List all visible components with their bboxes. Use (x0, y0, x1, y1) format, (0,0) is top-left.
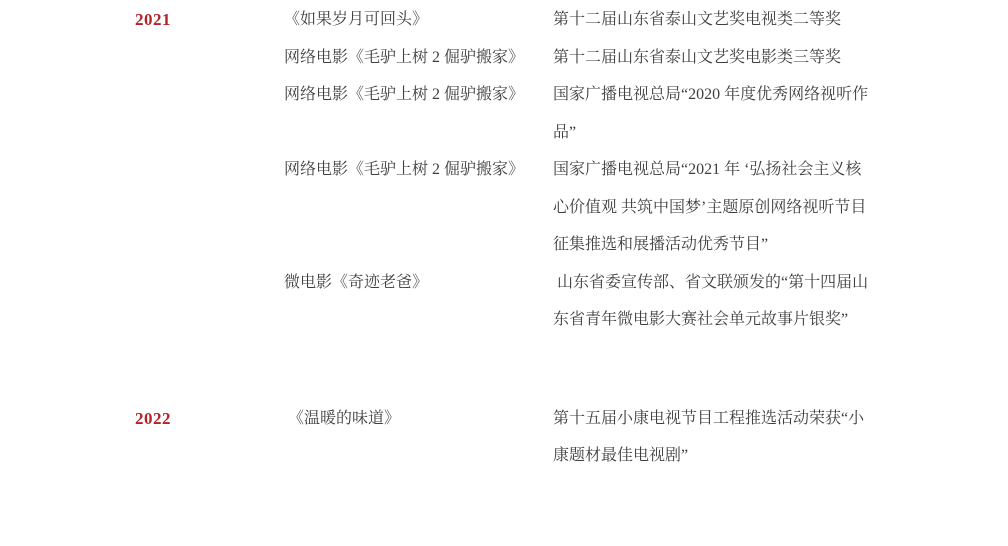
award-text: 第十二届山东省泰山文艺奖电影类三等奖 (553, 39, 998, 77)
award-entry: 网络电影《毛驴上树 2 倔驴搬家》 第十二届山东省泰山文艺奖电影类三等奖 (284, 39, 1008, 77)
year-group-2022: 2022 《温暖的味道》 第十五届小康电视节目工程推选活动荣获“小 康题材最佳电… (135, 400, 1008, 475)
work-title: 微电影《奇迹老爸》 (284, 264, 553, 302)
award-text: 第十五届小康电视节目工程推选活动荣获“小 康题材最佳电视剧” (553, 400, 998, 475)
award-entry: 网络电影《毛驴上树 2 倔驴搬家》 国家广播电视总局“2021 年 ‘弘扬社会主… (284, 151, 1008, 264)
award-entry: 《如果岁月可回头》 第十二届山东省泰山文艺奖电视类二等奖 (284, 1, 1008, 39)
award-entry: 微电影《奇迹老爸》 山东省委宣传部、省文联颁发的“第十四届山 东省青年微电影大赛… (284, 264, 1008, 339)
year-group-2021: 2021 《如果岁月可回头》 第十二届山东省泰山文艺奖电视类二等奖 网络电影《毛… (135, 1, 1008, 339)
work-title: 网络电影《毛驴上树 2 倔驴搬家》 (284, 76, 553, 114)
awards-document: 2021 《如果岁月可回头》 第十二届山东省泰山文艺奖电视类二等奖 网络电影《毛… (135, 0, 1008, 475)
award-text: 国家广播电视总局“2021 年 ‘弘扬社会主义核 心价值观 共筑中国梦’主题原创… (553, 151, 998, 264)
award-entry: 《温暖的味道》 第十五届小康电视节目工程推选活动荣获“小 康题材最佳电视剧” (284, 400, 1008, 475)
work-title: 《如果岁月可回头》 (284, 1, 553, 39)
award-entry: 网络电影《毛驴上树 2 倔驴搬家》 国家广播电视总局“2020 年度优秀网络视听… (284, 76, 1008, 151)
work-title: 《温暖的味道》 (284, 400, 553, 438)
year-label: 2022 (135, 400, 284, 438)
award-text: 国家广播电视总局“2020 年度优秀网络视听作 品” (553, 76, 998, 151)
work-title: 网络电影《毛驴上树 2 倔驴搬家》 (284, 151, 553, 189)
award-text: 第十二届山东省泰山文艺奖电视类二等奖 (553, 1, 998, 39)
award-text: 山东省委宣传部、省文联颁发的“第十四届山 东省青年微电影大赛社会单元故事片银奖” (553, 264, 998, 339)
work-title: 网络电影《毛驴上树 2 倔驴搬家》 (284, 39, 553, 77)
year-label: 2021 (135, 1, 284, 39)
